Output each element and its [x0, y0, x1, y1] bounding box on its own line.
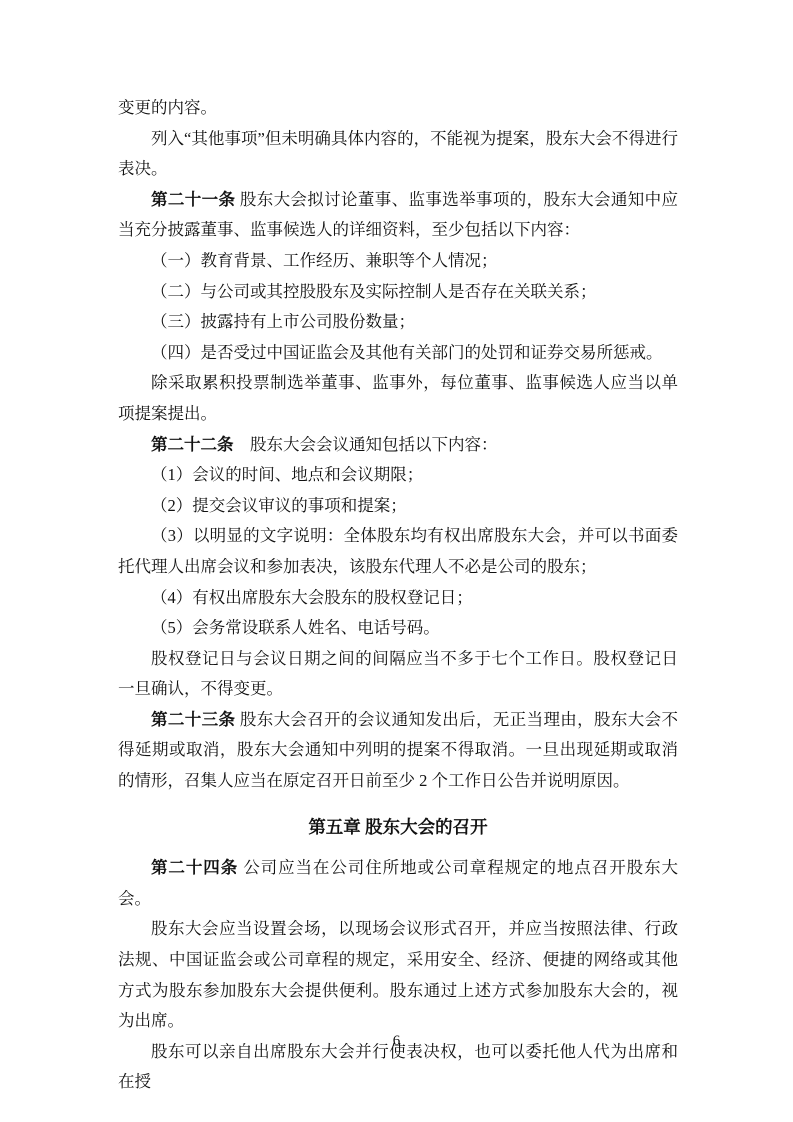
paragraph: （二）与公司或其控股股东及实际控制人是否存在关联关系； [118, 277, 678, 308]
paragraph: 变更的内容。 [118, 93, 678, 124]
paragraph: （三）披露持有上市公司股份数量； [118, 307, 678, 338]
paragraph: 股东大会应当设置会场，以现场会议形式召开，并应当按照法律、行政法规、中国证监会或… [118, 914, 678, 1036]
paragraph: 第二十二条 股东大会会议通知包括以下内容： [118, 430, 678, 461]
article-number: 第二十四条 [151, 858, 238, 877]
article-number: 第二十三条 [151, 710, 235, 729]
paragraph: 股权登记日与会议日期之间的间隔应当不多于七个工作日。股权登记日一旦确认，不得变更… [118, 644, 678, 705]
paragraph: 列入“其他事项”但未明确具体内容的，不能视为提案，股东大会不得进行表决。 [118, 124, 678, 185]
chapter-heading: 第五章 股东大会的召开 [118, 812, 678, 843]
paragraph: （1）会议的时间、地点和会议期限； [118, 460, 678, 491]
paragraph: （2）提交会议审议的事项和提案； [118, 491, 678, 522]
article-number: 第二十二条 [151, 435, 234, 454]
paragraph: 第二十一条 股东大会拟讨论董事、监事选举事项的，股东大会通知中应当充分披露董事、… [118, 185, 678, 246]
article-text: 股东大会会议通知包括以下内容： [234, 435, 498, 454]
page-number: 6 [0, 1033, 793, 1050]
paragraph: （一）教育背景、工作经历、兼职等个人情况； [118, 246, 678, 277]
article-number: 第二十一条 [151, 190, 235, 209]
paragraph: 第二十三条 股东大会召开的会议通知发出后，无正当理由，股东大会不得延期或取消，股… [118, 705, 678, 797]
paragraph: （四）是否受过中国证监会及其他有关部门的处罚和证券交易所惩戒。 [118, 338, 678, 369]
paragraph: 第二十四条 公司应当在公司住所地或公司章程规定的地点召开股东大会。 [118, 853, 678, 914]
paragraph: 除采取累积投票制选举董事、监事外，每位董事、监事候选人应当以单项提案提出。 [118, 368, 678, 429]
paragraph: （5）会务常设联系人姓名、电话号码。 [118, 613, 678, 644]
paragraph: （3）以明显的文字说明：全体股东均有权出席股东大会，并可以书面委托代理人出席会议… [118, 521, 678, 582]
paragraph: （4）有权出席股东大会股东的股权登记日； [118, 583, 678, 614]
document-body: 变更的内容。列入“其他事项”但未明确具体内容的，不能视为提案，股东大会不得进行表… [118, 93, 678, 1098]
document-page: 变更的内容。列入“其他事项”但未明确具体内容的，不能视为提案，股东大会不得进行表… [0, 0, 793, 1122]
